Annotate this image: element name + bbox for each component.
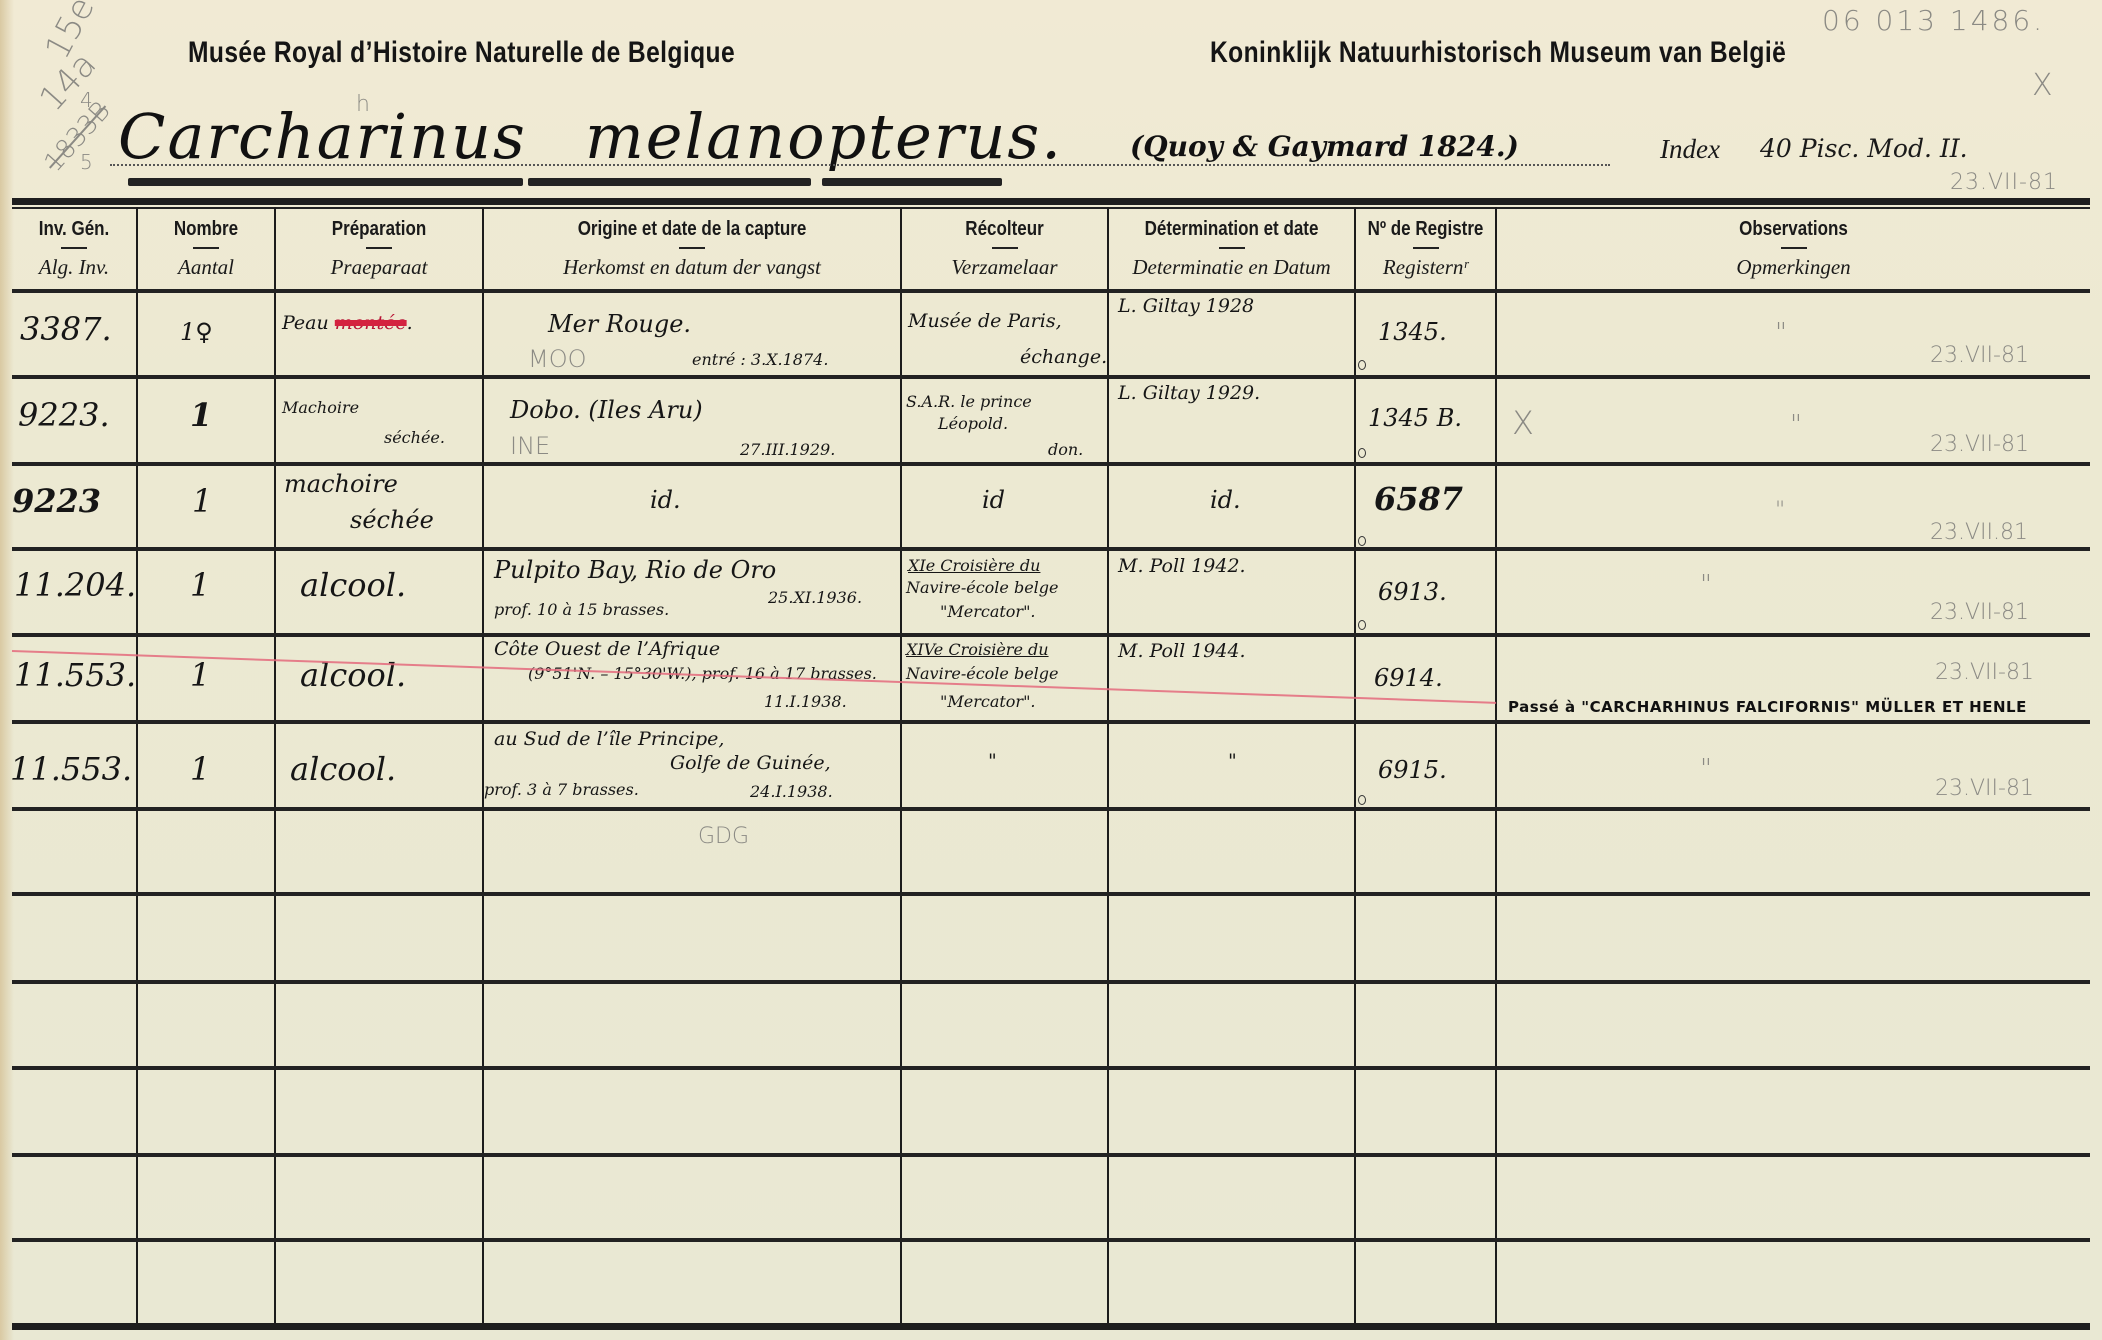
determination-value: M. Poll 1944. bbox=[1118, 640, 1246, 662]
species-dotted-line bbox=[110, 164, 1610, 166]
nombre-value: 1 bbox=[190, 656, 210, 694]
row-divider bbox=[12, 1153, 2090, 1157]
red-strike-line bbox=[12, 650, 1496, 704]
row-divider bbox=[12, 633, 2090, 637]
species-genus: Carcharinus bbox=[118, 100, 527, 173]
margin-dot bbox=[1358, 536, 1366, 546]
origine-line-1: Côte Ouest de l’Afrique bbox=[494, 638, 720, 660]
origine-date: 25.XI.1936. bbox=[768, 588, 862, 607]
margin-dot bbox=[1358, 795, 1366, 805]
observation-reclassification-note: Passé à "CARCHARHINUS FALCIFORNIS" MÜLLE… bbox=[1508, 698, 2027, 716]
origine-line-1: Pulpito Bay, Rio de Oro bbox=[494, 556, 776, 584]
column-header-recolteur: RécolteurVerzamelaar bbox=[902, 210, 1107, 290]
origine-line-1: au Sud de l’île Principe, bbox=[494, 728, 724, 750]
observation-date: 23.VII-81 bbox=[1930, 600, 2029, 625]
determination-value: id. bbox=[1210, 486, 1241, 514]
preparation-line-2: séchée. bbox=[384, 428, 445, 447]
origine-line-2: prof. 10 à 15 brasses. bbox=[494, 600, 669, 619]
origine-date: 11.I.1938. bbox=[764, 692, 847, 711]
row-divider bbox=[12, 1238, 2090, 1242]
recolteur-line-1: XIe Croisière du bbox=[908, 556, 1040, 575]
inv-number: 9223. bbox=[18, 396, 110, 434]
column-header-nombre: NombreAantal bbox=[138, 210, 274, 290]
preparation-line-1: machoire bbox=[284, 470, 398, 498]
inv-number: 11.204. bbox=[14, 566, 136, 604]
nombre-value: 1 bbox=[190, 566, 210, 604]
preparation-line-2: séchée bbox=[350, 506, 434, 534]
row-divider bbox=[12, 289, 2090, 293]
recolteur-line-2: échange. bbox=[1020, 346, 1107, 368]
row-divider bbox=[12, 720, 2090, 724]
row-divider bbox=[12, 547, 2090, 551]
row-divider bbox=[12, 462, 2090, 466]
recolteur-line-3: "Mercator". bbox=[940, 692, 1036, 711]
margin-note-5: 5 bbox=[80, 150, 93, 174]
margin-dot bbox=[1358, 448, 1366, 458]
observation-date: 23.VII.81 bbox=[1930, 520, 2028, 545]
corner-cross-mark: X bbox=[2032, 68, 2053, 103]
recolteur-value: id bbox=[982, 486, 1005, 514]
table-top-rule-thin bbox=[12, 207, 2090, 209]
recolteur-line-2: Navire-école belge bbox=[906, 664, 1059, 683]
margin-dot bbox=[1358, 620, 1366, 630]
nombre-value: 1 bbox=[190, 396, 212, 434]
epithet-underline bbox=[822, 178, 1002, 186]
observation-ditto: " bbox=[1775, 498, 1785, 523]
observation-date: 23.VII-81 bbox=[1935, 660, 2034, 685]
row-divider bbox=[12, 980, 2090, 984]
origine-date: 27.III.1929. bbox=[740, 440, 835, 459]
origine-pencil-note: MOO bbox=[528, 345, 587, 373]
origine-line-3: prof. 3 à 7 brasses. bbox=[484, 780, 639, 799]
row-divider bbox=[12, 892, 2090, 896]
registre-number: 6913. bbox=[1378, 578, 1447, 606]
observation-ditto: " bbox=[1700, 754, 1712, 784]
margin-dot bbox=[1358, 360, 1366, 370]
genus-underline bbox=[128, 178, 523, 186]
observation-cross-mark: X bbox=[1512, 404, 1534, 442]
origine-place: Dobo. (Iles Aru) bbox=[510, 396, 703, 424]
genus-correction: h bbox=[356, 92, 370, 117]
recolteur-line-3: "Mercator". bbox=[940, 602, 1036, 621]
catalog-number: 06 013 1486. bbox=[1822, 4, 2045, 37]
recolteur-line-3: don. bbox=[1048, 440, 1083, 459]
preparation-value: alcool. bbox=[290, 750, 396, 788]
revision-date: 23.VII-81 bbox=[1950, 170, 2058, 195]
origine-date: entré : 3.X.1874. bbox=[692, 350, 828, 369]
preparation-value: Peau montée. bbox=[282, 312, 413, 334]
origine-date: 24.I.1938. bbox=[750, 782, 833, 801]
nombre-value: 1♀ bbox=[180, 318, 213, 346]
inv-number: 9223 bbox=[12, 482, 101, 520]
origine-place: id. bbox=[650, 486, 681, 514]
column-header-inv: Inv. Gén.Alg. Inv. bbox=[12, 210, 136, 290]
registre-number: 1345. bbox=[1378, 318, 1447, 346]
determination-value: L. Giltay 1928 bbox=[1118, 295, 1254, 317]
determination-ditto: " bbox=[1228, 750, 1237, 772]
nombre-value: 1 bbox=[190, 750, 210, 788]
recolteur-line-2: Navire-école belge bbox=[906, 578, 1059, 597]
observation-ditto: " bbox=[1700, 570, 1712, 600]
recolteur-line-1: Musée de Paris, bbox=[908, 310, 1062, 332]
observation-ditto: " bbox=[1790, 410, 1802, 440]
species-epithet: melanopterus. bbox=[585, 100, 1063, 173]
preparation-value: alcool. bbox=[300, 566, 406, 604]
column-header-observations: ObservationsOpmerkingen bbox=[1497, 210, 2090, 290]
observation-date: 23.VII-81 bbox=[1935, 776, 2034, 801]
inv-number: 3387. bbox=[20, 310, 112, 348]
determination-value: M. Poll 1942. bbox=[1118, 555, 1246, 577]
row-divider bbox=[12, 807, 2090, 811]
specimen-register-card: Musée Royal d’Histoire Naturelle de Belg… bbox=[0, 0, 2102, 1340]
table-top-rule bbox=[12, 198, 2090, 205]
origine-line-2: Golfe de Guinée, bbox=[670, 752, 831, 774]
preparation-line-1: Machoire bbox=[282, 398, 359, 417]
row-divider bbox=[12, 1066, 2090, 1070]
recolteur-line-2: Léopold. bbox=[938, 414, 1008, 433]
index-label: Index bbox=[1660, 134, 1720, 165]
recolteur-line-1: S.A.R. le prince bbox=[906, 392, 1032, 411]
recolteur-ditto: " bbox=[988, 750, 997, 772]
institution-title-nl: Koninklijk Natuurhistorisch Museum van B… bbox=[1210, 36, 1786, 70]
index-value: 40 Pisc. Mod. II. bbox=[1760, 134, 1968, 163]
institution-title-fr: Musée Royal d’Histoire Naturelle de Belg… bbox=[188, 36, 735, 70]
observation-date: 23.VII-81 bbox=[1930, 343, 2029, 368]
empty-row-pencil-note: GDG bbox=[698, 824, 749, 849]
observation-date: 23.VII-81 bbox=[1930, 432, 2029, 457]
registre-number: 6587 bbox=[1374, 480, 1463, 518]
recolteur-line-1: XIVe Croisière du bbox=[906, 640, 1049, 659]
column-header-preparation: PréparationPraeparaat bbox=[276, 210, 482, 290]
inv-number: 11.553. bbox=[14, 656, 136, 694]
column-header-determination: Détermination et dateDeterminatie en Dat… bbox=[1109, 210, 1354, 290]
species-author: (Quoy & Gaymard 1824.) bbox=[1130, 130, 1519, 163]
genus-underline-2 bbox=[528, 178, 811, 186]
nombre-value: 1 bbox=[192, 482, 212, 520]
registre-number: 1345 B. bbox=[1368, 404, 1462, 432]
inv-number: 11.553. bbox=[10, 750, 132, 788]
origine-pencil-note: INE bbox=[510, 432, 550, 460]
registre-number: 6914. bbox=[1374, 664, 1443, 692]
origine-place: Mer Rouge. bbox=[548, 310, 691, 338]
column-header-origine: Origine et date de la captureHerkomst en… bbox=[484, 210, 900, 290]
determination-value: L. Giltay 1929. bbox=[1118, 382, 1260, 404]
observation-ditto: " bbox=[1775, 318, 1787, 348]
row-divider bbox=[12, 375, 2090, 379]
column-header-registre: Nº de RegistreRegisternʳ bbox=[1356, 210, 1495, 290]
registre-number: 6915. bbox=[1378, 756, 1447, 784]
table-bottom-rule bbox=[12, 1323, 2090, 1330]
